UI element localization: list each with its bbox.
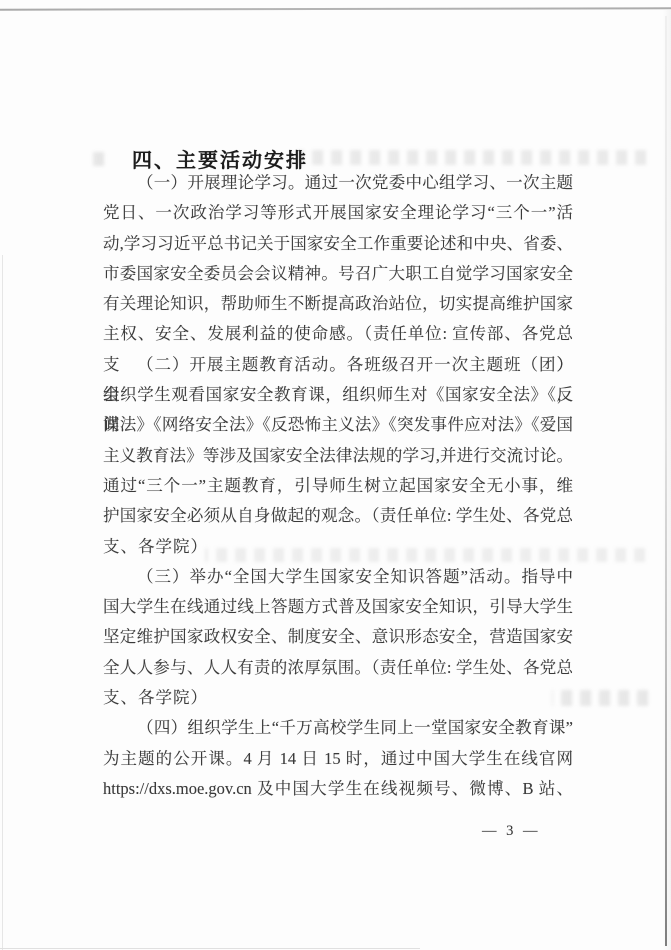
scan-edge-top	[0, 7, 671, 10]
text-line: 为主题的公开课。4 月 14 日 15 时，通过中国大学生在线官网	[103, 744, 573, 774]
text-line: 全人人参与、人人有责的浓厚氛围。（责任单位: 学生处、各党总	[103, 653, 573, 683]
text-line: 国大学生在线通过线上答题方式普及国家安全知识，引导大学生	[103, 592, 573, 622]
text-line: 护国家安全必须从自身做起的观念。（责任单位: 学生处、各党总	[103, 501, 573, 531]
text-line: 坚定维护国家政权安全、制度安全、意识形态安全，营造国家安	[103, 622, 573, 652]
text-line: 市委国家安全委员会会议精神。号召广大职工自觉学习国家安全	[103, 259, 573, 289]
page-number: — 3 —	[482, 823, 541, 840]
bleed-through-artifact	[88, 152, 104, 166]
text-line: 支、各学院）	[103, 683, 573, 713]
scanned-document-page: 四、主要活动安排 （一）开展理论学习。通过一次党委中心组学习、一次主题 党日、一…	[0, 0, 671, 950]
bleed-through-artifact	[298, 150, 646, 165]
text-line: （一）开展理论学习。通过一次党委中心组学习、一次主题	[103, 168, 573, 198]
text-line: 动,学习习近平总书记关于国家安全工作重要论述和中央、省委、	[103, 229, 573, 259]
scan-edge-left	[2, 255, 3, 950]
text-line: 党日、一次政治学习等形式开展国家安全理论学习“三个一”活	[103, 198, 573, 228]
text-line: （四）组织学生上“千万高校学生同上一堂国家安全教育课”	[103, 713, 573, 743]
text-line: https://dxs.moe.gov.cn 及中国大学生在线视频号、微博、B …	[103, 774, 573, 804]
text-line: 主义教育法》等涉及国家安全法律法规的学习,并进行交流讨论。	[103, 441, 573, 471]
text-line: 有关理论知识，帮助师生不断提高政治站位，切实提高维护国家	[103, 289, 573, 319]
scan-edge-right	[665, 16, 667, 946]
text-line: 主权、安全、发展利益的使命感。（责任单位: 宣传部、各党总支）	[103, 319, 573, 349]
text-line: （三）举办“全国大学生国家安全知识答题”活动。指导中	[103, 562, 573, 592]
text-line: 支、各学院）	[103, 532, 573, 562]
document-body: （一）开展理论学习。通过一次党委中心组学习、一次主题 党日、一次政治学习等形式开…	[103, 168, 573, 804]
text-line: （二）开展主题教育活动。各班级召开一次主题班（团）会，	[103, 350, 573, 380]
scan-edge-bottom	[0, 948, 420, 949]
text-line: 谍法》《网络安全法》《反恐怖主义法》《突发事件应对法》《爱国	[103, 410, 573, 440]
text-line: 组织学生观看国家安全教育课，组织师生对《国家安全法》《反间	[103, 380, 573, 410]
text-line: 通过“三个一”主题教育，引导师生树立起国家安全无小事，维	[103, 471, 573, 501]
